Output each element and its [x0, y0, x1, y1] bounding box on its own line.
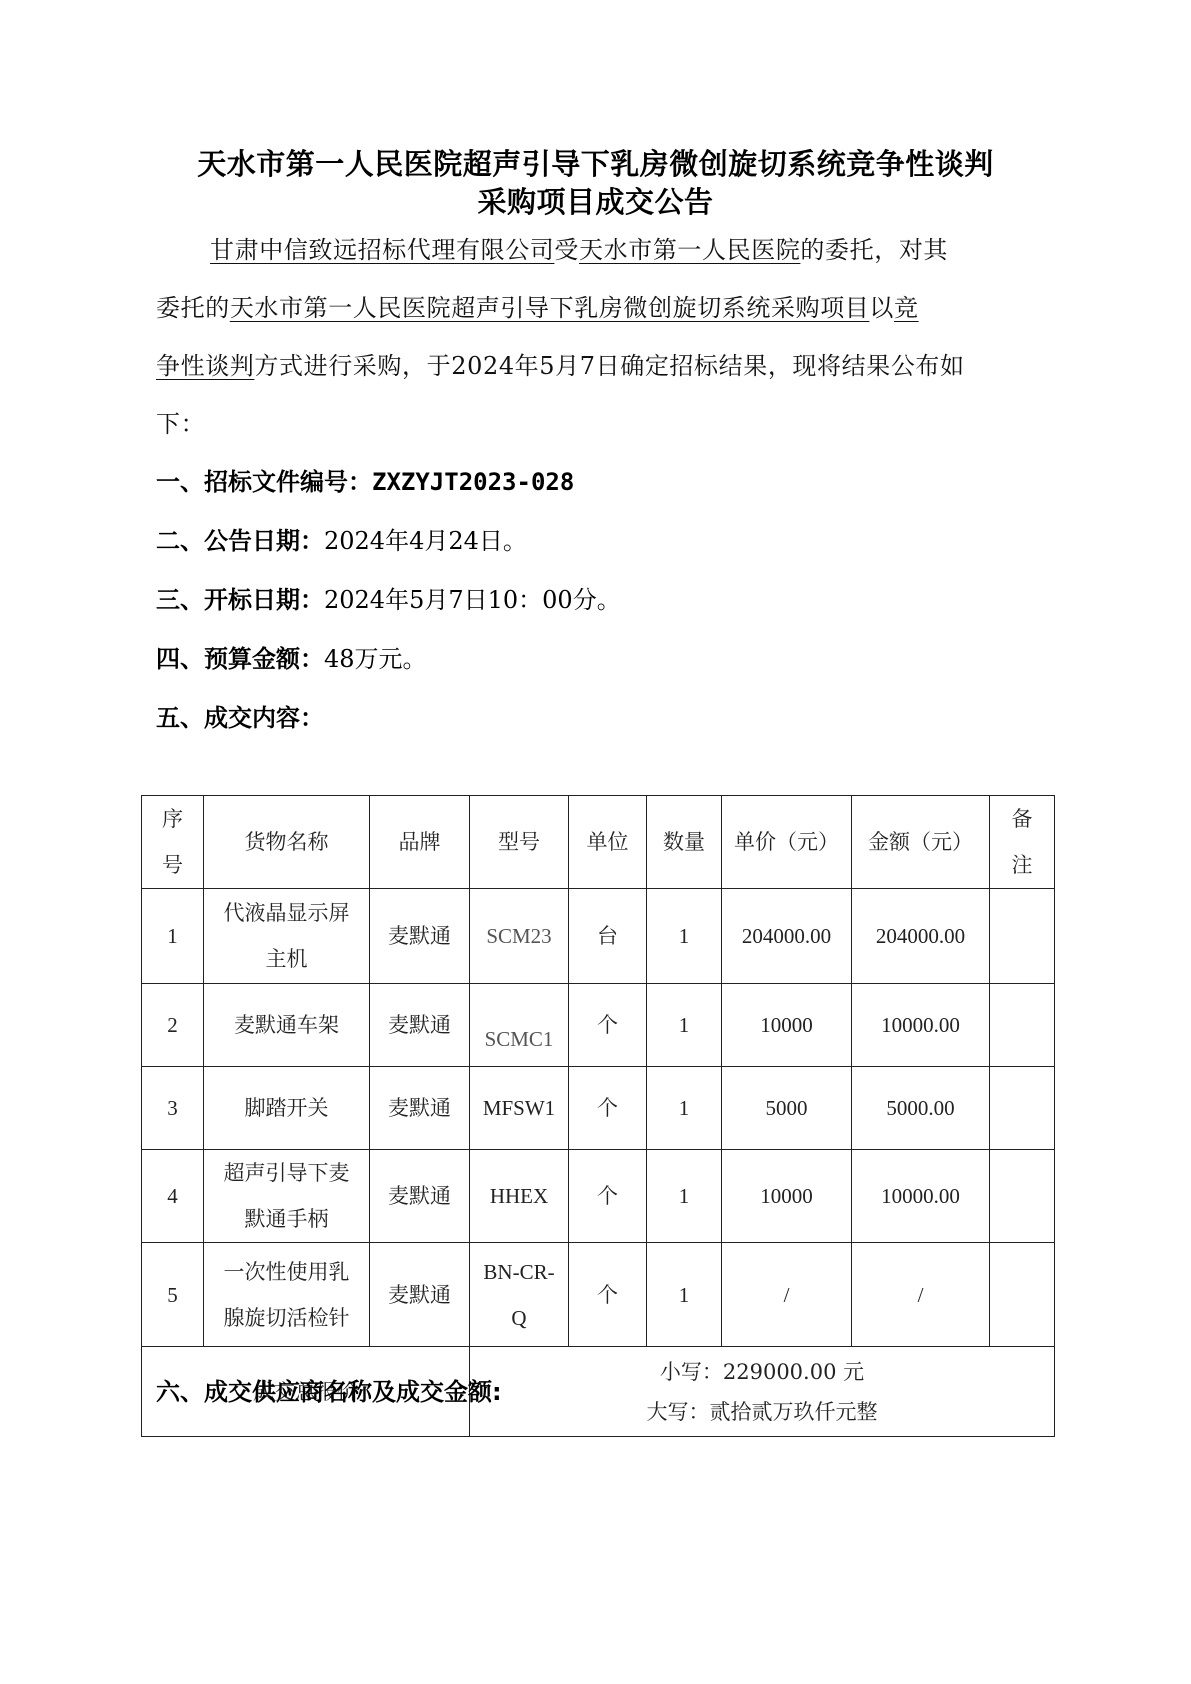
cell-model: SCM23 — [470, 889, 569, 984]
cell-remark — [990, 984, 1055, 1067]
cell-unit-price: / — [722, 1243, 852, 1347]
section-announcement-date: 二、公告日期：2024年4月24日。 — [156, 521, 527, 556]
section-heading: 六、成交供应商名称及成交金额: — [156, 1378, 502, 1406]
table-row: 2 麦默通车架 麦默通 SCMC1 个 1 10000 10000.00 — [142, 984, 1055, 1067]
cell-remark — [990, 889, 1055, 984]
cell-unit: 台 — [569, 889, 647, 984]
intro-line-4: 下： — [156, 404, 205, 439]
cell-brand: 麦默通 — [370, 1150, 470, 1243]
cell-seq: 1 — [142, 889, 204, 984]
intro-text: 以 — [869, 294, 894, 322]
table-row: 1 代液晶显示屏主机 麦默通 SCM23 台 1 204000.00 20400… — [142, 889, 1055, 984]
cell-brand: 麦默通 — [370, 1243, 470, 1347]
cell-seq: 5 — [142, 1243, 204, 1347]
total-lower: 小写：229000.00 元 — [474, 1352, 1050, 1392]
header-brand: 品牌 — [370, 796, 470, 889]
cell-model: MFSW1 — [470, 1067, 569, 1150]
budget-value: 48万元。 — [324, 645, 427, 673]
table-row: 3 脚踏开关 麦默通 MFSW1 个 1 5000 5000.00 — [142, 1067, 1055, 1150]
agency-name: 甘肃中信致远招标代理有限公司 — [210, 236, 554, 264]
section-supplier: 六、成交供应商名称及成交金额: — [156, 1372, 502, 1407]
project-name: 天水市第一人民医院超声引导下乳房微创旋切系统采购项目 — [230, 294, 870, 322]
cell-unit-price: 10000 — [722, 1150, 852, 1243]
cell-qty: 1 — [647, 889, 722, 984]
cell-brand: 麦默通 — [370, 1067, 470, 1150]
cell-qty: 1 — [647, 1067, 722, 1150]
cell-remark — [990, 1150, 1055, 1243]
cell-unit-price: 10000 — [722, 984, 852, 1067]
cell-unit: 个 — [569, 1067, 647, 1150]
intro-text: 的委托，对其 — [800, 236, 948, 264]
section-budget: 四、预算金额：48万元。 — [156, 639, 427, 674]
total-upper: 大写：贰拾贰万玖仟元整 — [474, 1392, 1050, 1432]
cell-qty: 1 — [647, 1243, 722, 1347]
header-seq: 序号 — [142, 796, 204, 889]
section-heading: 三、开标日期： — [156, 586, 324, 614]
cell-qty: 1 — [647, 984, 722, 1067]
opening-date-value: 2024年5月7日10：00分。 — [324, 586, 621, 614]
cell-unit-price: 5000 — [722, 1067, 852, 1150]
cell-amount: 204000.00 — [852, 889, 990, 984]
cell-model: HHEX — [470, 1150, 569, 1243]
intro-text: 方式进行采购，于2024年5月7日确定招标结果，现将结果公布如 — [254, 352, 964, 380]
header-unit: 单位 — [569, 796, 647, 889]
table-row: 5 一次性使用乳腺旋切活检针 麦默通 BN-CR-Q 个 1 / / — [142, 1243, 1055, 1347]
cell-unit: 个 — [569, 984, 647, 1067]
cell-amount: / — [852, 1243, 990, 1347]
section-heading: 二、公告日期： — [156, 527, 324, 555]
cell-name: 超声引导下麦默通手柄 — [204, 1150, 370, 1243]
header-qty: 数量 — [647, 796, 722, 889]
deal-items-table: 序号 货物名称 品牌 型号 单位 数量 单价（元） 金额（元） 备注 1 代液晶… — [141, 795, 1055, 1437]
cell-qty: 1 — [647, 1150, 722, 1243]
cell-remark — [990, 1067, 1055, 1150]
procurement-method: 争性谈判 — [156, 352, 254, 380]
document-title-line-1: 天水市第一人民医院超声引导下乳房微创旋切系统竞争性谈判 — [0, 142, 1191, 183]
section-heading: 一、招标文件编号： — [156, 468, 372, 496]
header-model: 型号 — [470, 796, 569, 889]
intro-text: 委托的 — [156, 294, 230, 322]
intro-text: 受 — [554, 236, 579, 264]
header-remark: 备注 — [990, 796, 1055, 889]
cell-brand: 麦默通 — [370, 984, 470, 1067]
cell-amount: 10000.00 — [852, 1150, 990, 1243]
section-opening-date: 三、开标日期：2024年5月7日10：00分。 — [156, 580, 621, 615]
cell-model: BN-CR-Q — [470, 1243, 569, 1347]
section-heading: 四、预算金额： — [156, 645, 324, 673]
section-deal-content: 五、成交内容： — [156, 698, 324, 733]
header-name: 货物名称 — [204, 796, 370, 889]
section-heading: 五、成交内容： — [156, 704, 324, 732]
document-title-line-2: 采购项目成交公告 — [0, 180, 1191, 221]
cell-name: 脚踏开关 — [204, 1067, 370, 1150]
cell-name: 一次性使用乳腺旋切活检针 — [204, 1243, 370, 1347]
cell-amount: 10000.00 — [852, 984, 990, 1067]
cell-name: 代液晶显示屏主机 — [204, 889, 370, 984]
intro-line-1: 甘肃中信致远招标代理有限公司受天水市第一人民医院的委托，对其 — [210, 230, 948, 265]
cell-unit: 个 — [569, 1243, 647, 1347]
cell-remark — [990, 1243, 1055, 1347]
table-row: 4 超声引导下麦默通手柄 麦默通 HHEX 个 1 10000 10000.00 — [142, 1150, 1055, 1243]
cell-seq: 4 — [142, 1150, 204, 1243]
header-amount: 金额（元） — [852, 796, 990, 889]
intro-text: 下： — [156, 410, 205, 438]
tender-number-value: ZXZYJT2023-028 — [372, 468, 574, 496]
total-value: 小写：229000.00 元 大写：贰拾贰万玖仟元整 — [470, 1347, 1055, 1437]
table-header-row: 序号 货物名称 品牌 型号 单位 数量 单价（元） 金额（元） 备注 — [142, 796, 1055, 889]
intro-line-2: 委托的天水市第一人民医院超声引导下乳房微创旋切系统采购项目以竞 — [156, 288, 919, 323]
cell-seq: 2 — [142, 984, 204, 1067]
announcement-date-value: 2024年4月24日。 — [324, 527, 527, 555]
cell-amount: 5000.00 — [852, 1067, 990, 1150]
intro-line-3: 争性谈判方式进行采购，于2024年5月7日确定招标结果，现将结果公布如 — [156, 346, 965, 381]
cell-unit-price: 204000.00 — [722, 889, 852, 984]
section-tender-number: 一、招标文件编号：ZXZYJT2023-028 — [156, 462, 574, 497]
cell-name: 麦默通车架 — [204, 984, 370, 1067]
cell-seq: 3 — [142, 1067, 204, 1150]
cell-unit: 个 — [569, 1150, 647, 1243]
header-unit-price: 单价（元） — [722, 796, 852, 889]
purchaser-name: 天水市第一人民医院 — [579, 236, 800, 264]
cell-brand: 麦默通 — [370, 889, 470, 984]
cell-model: SCMC1 — [470, 984, 569, 1067]
procurement-method: 竞 — [894, 294, 919, 322]
